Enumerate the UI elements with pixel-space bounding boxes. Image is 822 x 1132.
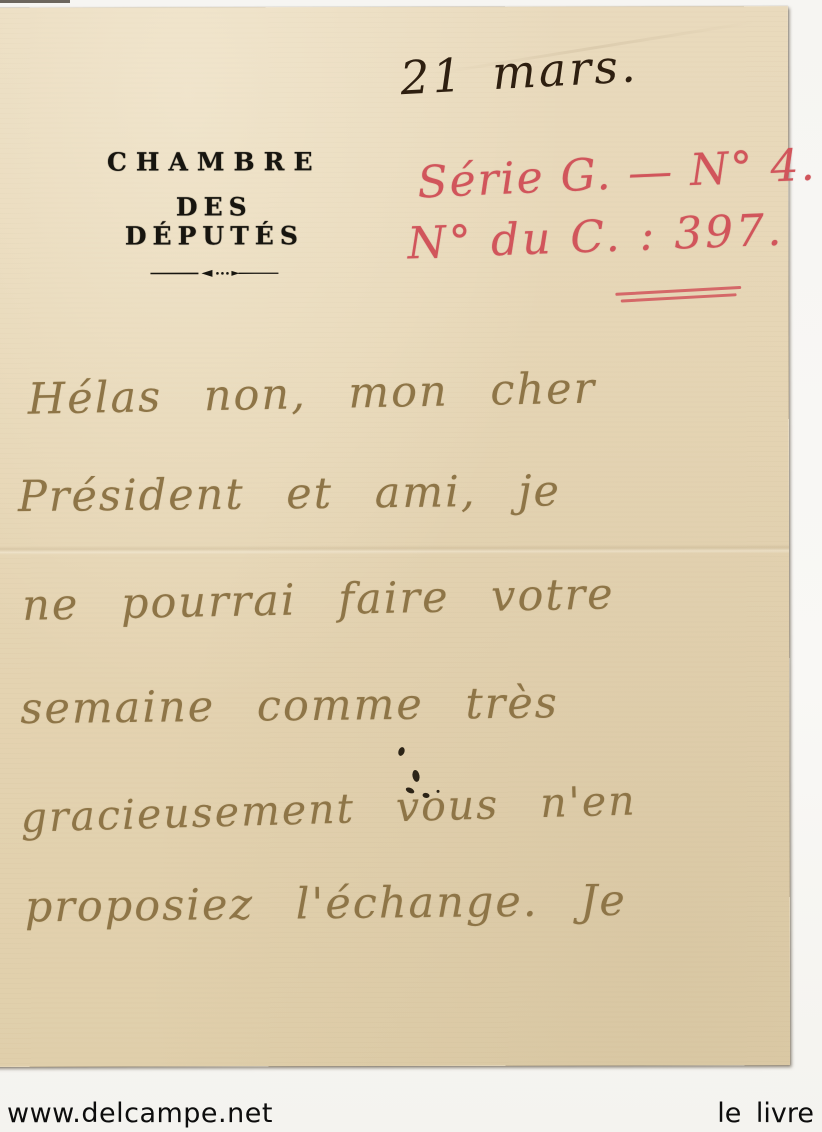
body-line: gracieusement vous n'en xyxy=(20,776,637,841)
letterhead-divider-icon xyxy=(79,264,349,284)
letter-paper: CHAMBRE DES DÉPUTÉS 21 mars. Série G. — … xyxy=(0,6,790,1067)
letterhead: CHAMBRE DES DÉPUTÉS xyxy=(79,147,349,284)
body-line: Président et ami, je xyxy=(18,466,562,522)
watermark-category: le livre xyxy=(717,1098,814,1129)
horizontal-fold-crease xyxy=(0,544,789,555)
letterhead-line1: CHAMBRE xyxy=(79,147,349,177)
red-annotation-number: N° du C. : 397. xyxy=(407,205,785,270)
ink-blot xyxy=(412,769,421,782)
watermark-url: www.delcampe.net xyxy=(7,1098,273,1129)
body-line: proposiez l'échange. Je xyxy=(25,876,628,933)
scan-edge-artifact xyxy=(0,0,70,3)
body-line: ne pourrai faire votre xyxy=(22,569,615,631)
ink-blot xyxy=(437,790,440,793)
red-double-underline xyxy=(615,286,741,304)
body-line: semaine comme très xyxy=(20,678,559,734)
handwritten-date: 21 mars. xyxy=(399,38,640,105)
red-annotation-series: Série G. — N° 4. xyxy=(416,139,817,208)
ink-blot xyxy=(397,746,406,757)
body-line: Hélas non, mon cher xyxy=(27,364,596,425)
letterhead-line2: DES DÉPUTÉS xyxy=(79,192,349,251)
scanned-letter-page: CHAMBRE DES DÉPUTÉS 21 mars. Série G. — … xyxy=(0,0,822,1132)
